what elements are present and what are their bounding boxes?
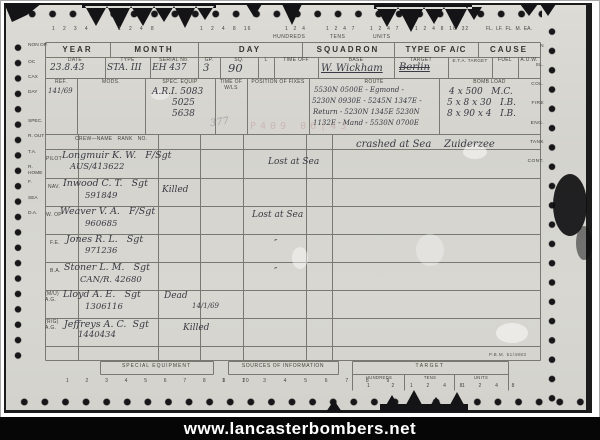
field-base-value: W. Wickham xyxy=(321,63,383,74)
target-hundreds-numbers: 1 2 xyxy=(367,383,395,389)
position-of-fixes-label: POSITION OF FIXES xyxy=(247,80,309,86)
punch-label-da: D.A. xyxy=(28,211,48,217)
col-squadron-label: SQUADRON xyxy=(302,45,394,54)
punch-label-f: F. xyxy=(28,180,48,186)
field-l-label: L xyxy=(258,58,274,64)
crew-name-wop: Weaver V. A. F/Sgt xyxy=(60,207,155,217)
scale-hundreds-label: HUNDREDS xyxy=(273,34,305,40)
scale-type-numbers: 1 2 4 8 16 32 xyxy=(415,26,469,32)
faint-serial-stamp: P409 06|43 xyxy=(250,121,350,132)
crew-name-pilot: Longmuir K. W. F/Sgt xyxy=(62,151,171,161)
punch-label-cont: CONT. xyxy=(516,159,544,164)
punch-label-sl: SL. xyxy=(516,63,544,68)
bomb-load-label: BOMB LOAD xyxy=(439,80,540,86)
crew-number-fe: 971236 xyxy=(85,247,117,256)
col-cause-label: CAUSE xyxy=(478,45,540,54)
target-units-numbers: 1 2 4 8 xyxy=(462,383,515,389)
crew-number-wop: 960685 xyxy=(85,220,117,229)
scale-units-label: UNITS xyxy=(373,34,391,40)
bomb-load-line-3: 8 x 90 x 4 I.B. xyxy=(447,110,516,120)
spec-equip-line-3: 5638 xyxy=(172,110,195,120)
crew-name-nav: Inwood C. T. Sgt xyxy=(63,179,148,189)
crew-note-wop: Lost at Sea xyxy=(252,211,303,221)
special-equipment-label: SPECIAL EQUIPMENT xyxy=(100,364,213,370)
crew-note2-mu-ag: 14/1/69 xyxy=(192,303,219,311)
target-label: TARGET xyxy=(352,364,508,370)
route-line-1: 5530N 0500E - Egmond - xyxy=(314,87,404,95)
scale-tens-label: TENS xyxy=(330,34,345,40)
field-auw-label: A.U.W. xyxy=(518,58,540,64)
spec-equip-label: SPEC. EQUIP xyxy=(145,80,215,86)
col-month-label: MONTH xyxy=(110,45,198,54)
crew-name-ba: Stoner L. M. Sgt xyxy=(64,263,150,273)
route-line-3: Return - 5230N 1345E 5230N xyxy=(313,109,420,117)
punch-label-fire: FIRE xyxy=(516,101,544,106)
field-gp-value: 3 xyxy=(203,63,209,74)
spec-equip-line-1: A.R.I. 5083 xyxy=(152,88,203,98)
crew-remark: crashed at Sea Zuiderzee xyxy=(356,139,495,150)
spec-equip-line-2: 5025 xyxy=(172,99,195,109)
target-units-label: UNITS xyxy=(456,376,506,381)
scale-month-numbers: 1 2 4 8 xyxy=(118,26,155,32)
mods-label: MODS. xyxy=(77,80,145,86)
target-tens-numbers: 1 2 4 8 xyxy=(410,383,463,389)
punch-label-ta: T.A. xyxy=(28,150,48,156)
field-date-value: 23.8.43 xyxy=(50,64,84,74)
punch-label-sea: SEA xyxy=(28,196,48,202)
field-sq-value: 90 xyxy=(228,62,243,75)
route-line-2: 5230N 0930E - 5245N 1347E - xyxy=(312,98,422,106)
sources-of-information-label: SOURCES OF INFORMATION xyxy=(228,364,338,370)
scale-year-numbers: 1 2 3 4 xyxy=(52,26,89,32)
bomb-load-line-1: 4 x 500 M.C. xyxy=(449,88,513,98)
punch-label-eng: ENG. xyxy=(516,121,544,126)
ref-value: 141/69 xyxy=(48,88,73,96)
crew-note-rg-ag: Killed xyxy=(183,324,209,334)
punch-label-tank: TANK xyxy=(516,140,544,145)
time-of-wls-label: TIME OF W/LS xyxy=(216,80,246,92)
watermark-bar: www.lancasterbombers.net xyxy=(0,417,600,440)
bomb-load-line-2: 5 x 8 x 30 I.B. xyxy=(447,99,516,109)
crew-number-nav: 591849 xyxy=(85,192,117,201)
punch-label-r-out: R. OUT xyxy=(28,134,48,140)
crew-number-mu-ag: 1306116 xyxy=(85,303,123,312)
form-number-stamp: P.B.M. 51/4883 xyxy=(489,352,526,357)
scale-units-numbers: 1 2 4 7 xyxy=(370,26,399,32)
crew-number-ba: CAN/R. 42680 xyxy=(80,276,142,285)
col-type-of-ac-label: TYPE OF A/C xyxy=(394,45,478,54)
crew-note-nav: Killed xyxy=(162,186,188,196)
col-day-label: DAY xyxy=(198,45,302,54)
scale-tens-numbers: 1 2 4 7 xyxy=(326,26,355,32)
field-fuel-label: FUEL xyxy=(492,58,518,64)
scale-hundreds-numbers: 1 2 4 xyxy=(285,26,306,32)
punch-label-r-home: R. HOME xyxy=(28,165,48,177)
crew-number-rg-ag: 1440434 xyxy=(78,331,116,340)
punch-label-spec: SPEC. xyxy=(28,119,48,125)
crew-note-pilot: Lost at Sea xyxy=(268,158,319,168)
ref-label: REF. xyxy=(45,80,77,86)
field-time-off-label: TIME OFF xyxy=(274,58,318,64)
watermark-url: www.lancasterbombers.net xyxy=(184,419,416,439)
punch-label-day: DAY xyxy=(28,90,48,96)
scanned-loss-card-page: NON OP. OC CAX DAY SPEC. R. OUT T.A. R. … xyxy=(0,0,600,440)
crew-name-fe: Jones R. L. Sgt xyxy=(66,235,143,245)
crew-ditto-fe: ″ xyxy=(274,240,277,250)
field-type-value: STA. III xyxy=(107,64,142,74)
target-tens-label: TENS xyxy=(406,376,454,381)
scale-cause-codes: FL. LF. FL. M. EA. xyxy=(486,26,532,32)
field-serial-value: EH 437 xyxy=(152,64,186,74)
crew-note-mu-ag: Dead xyxy=(164,292,188,302)
field-target-value: Berlin xyxy=(399,62,430,73)
col-year-label: YEAR xyxy=(45,45,110,54)
crew-name-rg-ag: Jeffreys A. C. Sgt xyxy=(64,320,149,330)
crew-number-pilot: AUS/413622 xyxy=(70,163,124,172)
crew-table-header: CREW—NAME RANK NO. xyxy=(75,137,147,143)
scale-day-numbers: 1 2 4 8 16 xyxy=(200,26,251,32)
route-label: ROUTE xyxy=(309,80,439,86)
crew-ditto-ba: ″ xyxy=(274,268,277,278)
field-eta-target-label: E.T.A. TARGET xyxy=(448,58,492,63)
target-hundreds-label: HUNDREDS xyxy=(354,376,404,381)
crew-name-mu-ag: Lloyd A. E. Sgt xyxy=(63,290,141,300)
